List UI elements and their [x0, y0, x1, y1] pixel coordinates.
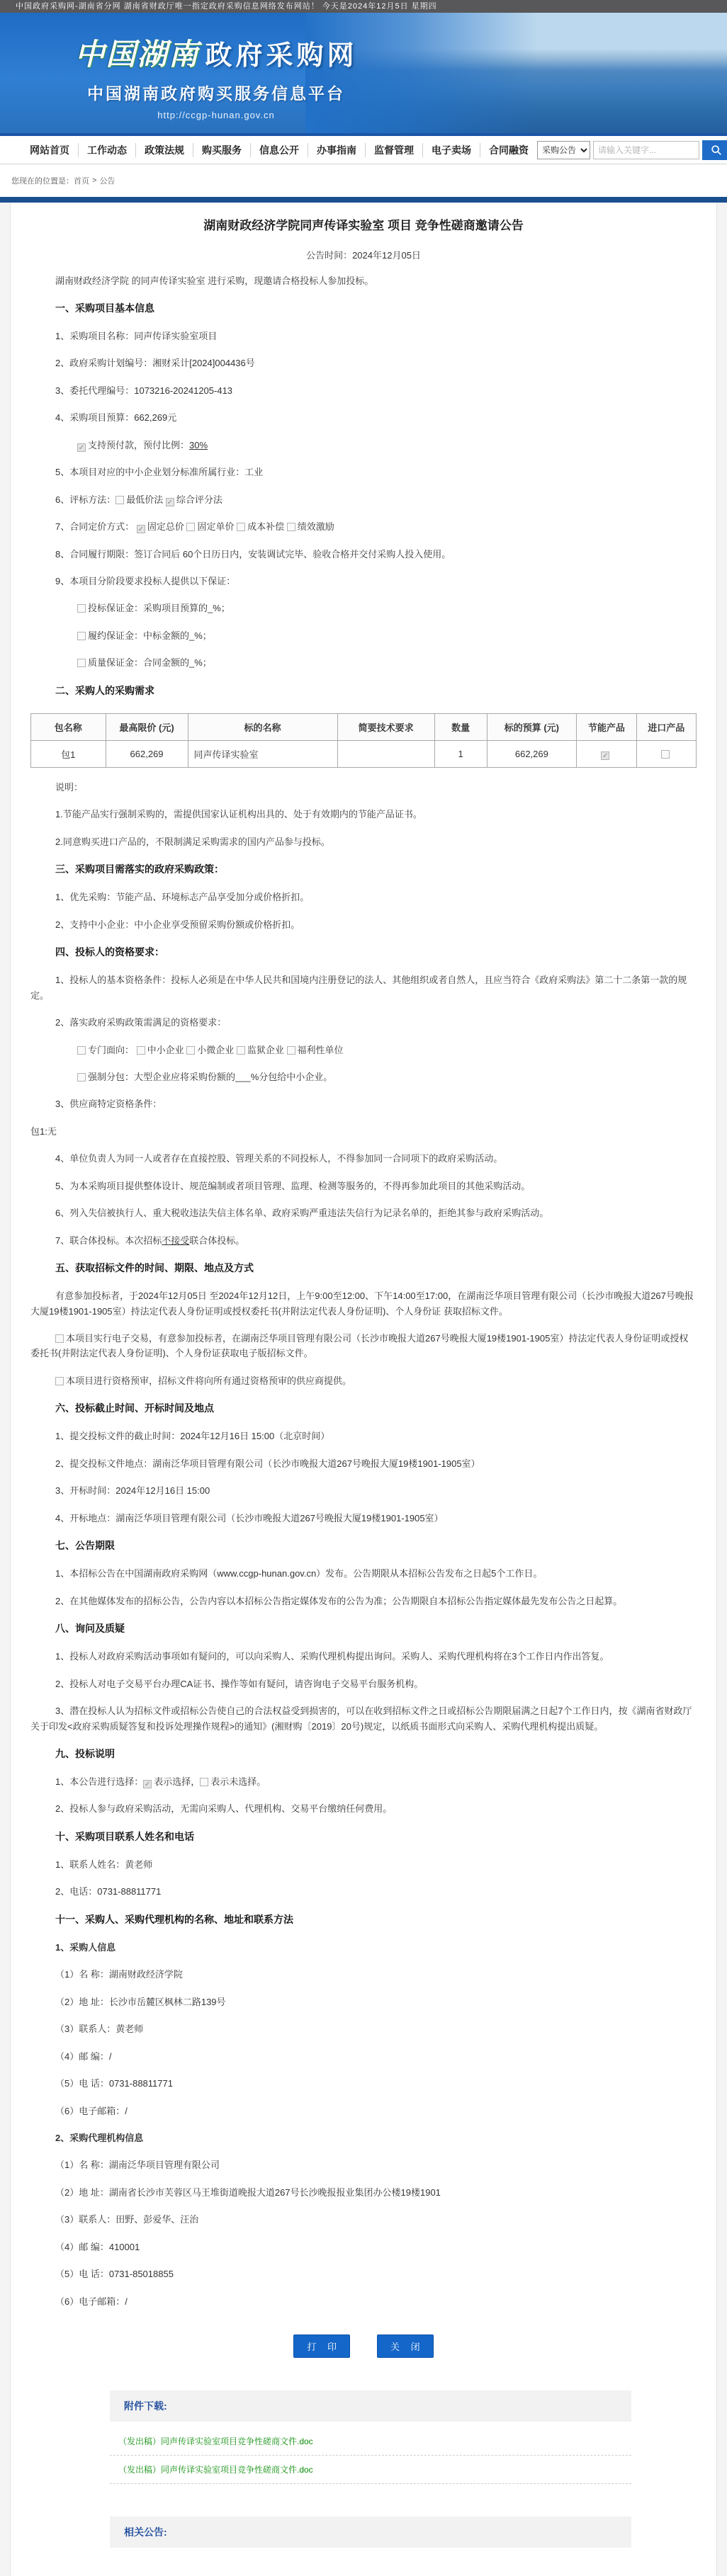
doc-line: 3、潜在投标人认为招标文件或招标公告使自己的合法权益受到损害的，可以在收到招标文…	[30, 1703, 697, 1734]
text-segment: 本项目实行电子交易，有意参加投标者，在湖南泛华项目管理有限公司（长沙市晚报大道2…	[30, 1333, 688, 1358]
text-segment: 一、采购项目基本信息	[55, 302, 154, 314]
breadcrumb-separator: >	[92, 176, 96, 185]
doc-line: 1、采购项目名称：同声传译实验室项目	[30, 329, 697, 344]
text-segment: 履约保证金：中标金额的_%；	[88, 630, 212, 641]
doc-line: 4、采购项目预算：662,269元	[30, 410, 697, 425]
doc-line: （5）电 话：0731-85018855	[30, 2266, 697, 2281]
text-segment: 7、联合体投标。本次招标	[55, 1235, 162, 1246]
doc-line: 9、本项目分阶段要求投标人提供以下保证：	[30, 574, 697, 589]
banner-url: http://ccgp-hunan.gov.cn	[67, 110, 365, 120]
search-category-select[interactable]: 采购公告	[537, 141, 590, 159]
doc-line: 7、联合体投标。本次招标不接受联合体投标。	[30, 1233, 697, 1248]
text-segment: 1、联系人姓名：黄老师	[55, 1859, 152, 1870]
procurement-table: 包名称最高限价 (元)标的名称简要技术要求数量标的预算 (元)节能产品进口产品 …	[30, 713, 697, 768]
doc-line: 2、投标人参与政府采购活动，无需向采购人、代理机构、交易平台缴纳任何费用。	[30, 1801, 697, 1816]
table-cell: 662,269	[106, 740, 188, 767]
checkbox-unchecked-icon	[55, 1334, 64, 1343]
table-cell	[337, 740, 434, 767]
checkbox-unchecked-icon	[77, 604, 86, 613]
content-panel: 湖南财政经济学院同声传译实验室 项目 竞争性磋商邀请公告 公告时间：2024年1…	[10, 203, 717, 2576]
table-cell: 662,269	[487, 740, 577, 767]
text-segment: 9、本项目分阶段要求投标人提供以下保证：	[55, 576, 235, 586]
nav-menu: 网站首页工作动态政策法规购买服务信息公开办事指南监督管理电子卖场合同融资	[21, 143, 537, 157]
text-segment: 4、单位负责人为同一人或者存在直接控股、管理关系的不同投标人，不得参加同一合同项…	[55, 1153, 502, 1164]
section-heading: 四、投标人的资格要求：	[30, 944, 697, 960]
doc-line: （3）联系人：田野、彭爱华、汪治	[30, 2212, 697, 2227]
checkbox-unchecked-icon	[55, 1377, 64, 1385]
doc-line: 1.节能产品实行强制采购的，需提供国家认证机构出具的、处于有效期内的节能产品证书…	[30, 807, 697, 822]
text-segment: 监狱企业	[247, 1045, 287, 1055]
checkbox-unchecked-icon	[77, 1073, 86, 1082]
section-heading: 二、采购人的采购需求	[30, 683, 697, 699]
attachments-section: 附件下载: （发出稿）同声传译实验室项目竞争性磋商文件.doc（发出稿）同声传译…	[110, 2390, 631, 2484]
doc-line: 7、合同定价方式： ✓固定总价 固定单价 成本补偿 绩效激励	[30, 519, 697, 534]
checkbox-unchecked-icon	[115, 496, 124, 504]
text-segment: 1、优先采购：节能产品、环境标志产品享受加分或价格折扣。	[55, 892, 309, 902]
text-segment: 1、投标人对政府采购活动事项如有疑问的，可以向采购人、采购代理机构提出询问。采购…	[55, 1651, 609, 1662]
attachment-row: （发出稿）同声传译实验室项目竞争性磋商文件.doc	[110, 2456, 631, 2484]
text-segment: 固定总价	[147, 521, 187, 532]
table-header: 包名称	[31, 713, 106, 740]
text-segment: 联合体投标。	[189, 1235, 244, 1246]
text-segment: 质量保证金：合同金额的_%；	[88, 657, 212, 668]
checkbox-unchecked-icon	[77, 1046, 86, 1055]
breadcrumb-current: 公告	[99, 175, 115, 186]
text-segment: 2、政府采购计划编号：湘财采计[2024]004436号	[55, 358, 255, 368]
doc-line: 2、在其他媒体发布的招标公告，公告内容以本招标公告指定媒体发布的公告为准；公告期…	[30, 1594, 697, 1608]
text-segment: 1、提交投标文件的截止时间：2024年12月16日 15:00（北京时间）	[55, 1431, 329, 1441]
doc-line: 1、投标人的基本资格条件：投标人必须是在中华人民共和国境内注册登记的法人、其他组…	[30, 972, 697, 1003]
search-area: 采购公告	[537, 140, 727, 160]
text-segment: 福利性单位	[298, 1045, 344, 1055]
text-segment: 六、投标截止时间、开标时间及地点	[55, 1402, 214, 1414]
doc-line: （6）电子邮箱：/	[30, 2294, 697, 2309]
doc-line: 2.同意购买进口产品的，不限制满足采购需求的国内产品参与投标。	[30, 834, 697, 849]
checkbox-unchecked-icon	[237, 523, 245, 531]
doc-line: 2、电话：0731-88811771	[30, 1884, 697, 1899]
section-heading: 一、采购项目基本信息	[30, 300, 697, 317]
text-segment: 2、落实政府采购政策需满足的资格要求：	[55, 1017, 226, 1028]
attachment-link[interactable]: （发出稿）同声传译实验室项目竞争性磋商文件.doc	[118, 2435, 313, 2447]
nav-item-网站首页[interactable]: 网站首页	[21, 143, 78, 157]
checkbox-unchecked-icon	[661, 750, 670, 759]
text-segment: 30%	[189, 440, 208, 450]
table-header: 标的预算 (元)	[487, 713, 577, 740]
doc-line: 1、本公告进行选择：✓表示选择，表示未选择。	[30, 1774, 697, 1789]
table-header: 简要技术要求	[337, 713, 434, 740]
doc-line: 1、提交投标文件的截止时间：2024年12月16日 15:00（北京时间）	[30, 1429, 697, 1443]
text-segment: 成本补偿	[247, 521, 287, 532]
publish-time: 公告时间：2024年12月05日	[30, 248, 697, 261]
section-heading: 三、采购项目需落实的政府采购政策：	[30, 861, 697, 878]
checkbox-checked-icon: ✓	[601, 751, 609, 760]
text-segment: 专门面向：	[88, 1045, 137, 1055]
breadcrumb-prefix: 您现在的位置是：	[11, 175, 74, 186]
breadcrumb: 您现在的位置是： 首页 > 公告	[0, 164, 727, 197]
checkbox-checked-icon: ✓	[166, 498, 174, 506]
logo-title: 政府采购网	[205, 41, 358, 71]
site-banner: 中国湖南政府采购网 中国湖南政府购买服务信息平台 http://ccgp-hun…	[0, 13, 727, 136]
table-header: 标的名称	[188, 713, 337, 740]
divider-bar	[0, 197, 727, 203]
doc-line: （1）名 称：湖南财政经济学院	[30, 1967, 697, 1982]
topbar-text: 中国政府采购网-湖南省分网 湖南省财政厅唯一指定政府采购信息网络发布网站！ 今天…	[16, 2, 437, 11]
related-title: 相关公告:	[124, 2525, 167, 2539]
nav-item-政策法规[interactable]: 政策法规	[135, 143, 193, 157]
doc-line: 2、提交投标文件地点：湖南泛华项目管理有限公司（长沙市晚报大道267号晚报大厦1…	[30, 1456, 697, 1471]
table-header: 节能产品	[577, 713, 636, 740]
section-heading: 九、投标说明	[30, 1746, 697, 1762]
text-segment: 五、获取招标文件的时间、期限、地点及方式	[55, 1262, 254, 1273]
section-heading: 十一、采购人、采购代理机构的名称、地址和联系方法	[30, 1912, 697, 1928]
text-segment: （1）名 称：湖南泛华项目管理有限公司	[55, 2160, 220, 2170]
text-segment: 2、支持中小企业：中小企业享受预留采购份额或价格折扣。	[55, 919, 300, 930]
text-segment: 四、投标人的资格要求：	[55, 946, 164, 958]
site-logo: 中国湖南政府采购网	[67, 31, 365, 74]
checkbox-checked-icon: ✓	[77, 443, 86, 452]
text-segment: 十、采购项目联系人姓名和电话	[55, 1831, 194, 1842]
text-segment: 不接受	[162, 1235, 189, 1246]
imported-product-cell	[636, 740, 696, 767]
attachments-header: 附件下载:	[110, 2390, 631, 2422]
text-segment: 1、本招标公告在中国湖南政府采购网（www.ccgp-hunan.gov.cn）…	[55, 1568, 542, 1579]
doc-line: 1、采购人信息	[30, 1940, 697, 1955]
attachments-list: （发出稿）同声传译实验室项目竞争性磋商文件.doc（发出稿）同声传译实验室项目竞…	[110, 2427, 631, 2484]
text-segment: （5）电 话：0731-85018855	[55, 2269, 174, 2279]
text-segment: 九、投标说明	[55, 1748, 115, 1759]
search-icon	[710, 144, 723, 157]
doc-line: 2、支持中小企业：中小企业享受预留采购份额或价格折扣。	[30, 917, 697, 932]
text-segment: 8、合同履行期限：签订合同后 60个日历日内，安装调试完毕、验收合格并交付采购人…	[55, 549, 451, 560]
doc-line: 专门面向： 中小企业 小微企业 监狱企业 福利性单位	[30, 1043, 697, 1057]
text-segment: （6）电子邮箱：/	[55, 2106, 128, 2116]
doc-line: 履约保证金：中标金额的_%；	[30, 628, 697, 643]
doc-line: 本项目进行资格预审，招标文件将向所有通过资格预审的供应商提供。	[30, 1373, 697, 1388]
checkbox-unchecked-icon	[77, 659, 86, 667]
table-cell: 同声传译实验室	[188, 740, 337, 767]
nav-item-办事指南[interactable]: 办事指南	[308, 143, 365, 157]
text-segment: 小微企业	[197, 1045, 237, 1055]
text-segment: 最低价法	[126, 494, 166, 505]
section-heading: 八、询问及质疑	[30, 1621, 697, 1637]
checkbox-unchecked-icon	[287, 1046, 295, 1055]
text-segment: （4）邮 编：/	[55, 2051, 111, 2062]
text-segment: （3）联系人：田野、彭爱华、汪治	[55, 2214, 198, 2225]
doc-line: （6）电子邮箱：/	[30, 2104, 697, 2118]
table-cell: 1	[434, 740, 487, 767]
doc-body-part1: 一、采购项目基本信息1、采购项目名称：同声传译实验室项目2、政府采购计划编号：湘…	[30, 300, 697, 699]
text-segment: 七、公告期限	[55, 1540, 115, 1551]
text-segment: 7、合同定价方式：	[55, 521, 137, 532]
table-header: 数量	[434, 713, 487, 740]
attachments-title: 附件下载:	[124, 2399, 167, 2413]
page-title: 湖南财政经济学院同声传译实验室 项目 竞争性磋商邀请公告	[30, 217, 697, 235]
text-segment: 2、提交投标文件地点：湖南泛华项目管理有限公司（长沙市晚报大道267号晚报大厦1…	[55, 1458, 480, 1469]
doc-line: 3、开标时间：2024年12月16日 15:00	[30, 1483, 697, 1498]
doc-body-part2: 说明：1.节能产品实行强制采购的，需提供国家认证机构出具的、处于有效期内的节能产…	[30, 780, 697, 2309]
text-segment: 5、本项目对应的中小企业划分标准所属行业：工业	[55, 467, 263, 477]
text-segment: 1.节能产品实行强制采购的，需提供国家认证机构出具的、处于有效期内的节能产品证书…	[55, 809, 422, 819]
text-segment: 6、评标方法：	[55, 494, 115, 505]
announcement-document: 湖南财政经济学院同声传译实验室 项目 竞争性磋商邀请公告 公告时间：2024年1…	[11, 217, 716, 2309]
text-segment: 3、委托代理编号：1073216-20241205-413	[55, 385, 232, 396]
text-segment: 本项目进行资格预审，招标文件将向所有通过资格预审的供应商提供。	[66, 1375, 351, 1386]
doc-line: 6、评标方法：最低价法 ✓综合评分法	[30, 492, 697, 507]
print-button[interactable]: 打 印	[293, 2334, 350, 2358]
doc-line: （3）联系人：黄老师	[30, 2021, 697, 2036]
section-heading: 五、获取招标文件的时间、期限、地点及方式	[30, 1260, 697, 1276]
text-segment: 说明：	[55, 782, 83, 793]
doc-line: 质量保证金：合同金额的_%；	[30, 655, 697, 670]
table-header: 进口产品	[636, 713, 696, 740]
doc-line: 1、本招标公告在中国湖南政府采购网（www.ccgp-hunan.gov.cn）…	[30, 1566, 697, 1581]
energy-saving-cell: ✓	[577, 740, 636, 767]
doc-line: 8、合同履行期限：签订合同后 60个日历日内，安装调试完毕、验收合格并交付采购人…	[30, 547, 697, 562]
text-segment: 3、供应商特定资格条件：	[55, 1099, 162, 1109]
nav-item-信息公开[interactable]: 信息公开	[250, 143, 308, 157]
logo-calligraphy: 中国湖南	[74, 38, 199, 71]
doc-line: 6、列入失信被执行人、重大税收违法失信主体名单、政府采购严重违法失信行为记录名单…	[30, 1205, 697, 1220]
text-segment: 固定单价	[197, 521, 237, 532]
text-segment: 4、开标地点：湖南泛华项目管理有限公司（长沙市晚报大道267号晚报大厦19楼19…	[55, 1513, 444, 1524]
checkbox-checked-icon: ✓	[137, 525, 145, 533]
text-segment: 2、投标人对电子交易平台办理CA证书、操作等如有疑问，请咨询电子交易平台服务机构…	[55, 1679, 423, 1689]
text-segment: 绩效激励	[298, 521, 334, 532]
text-segment: 3、潜在投标人认为招标文件或招标公告使自己的合法权益受到损害的，可以在收到招标文…	[30, 1706, 692, 1731]
text-segment: 2.同意购买进口产品的，不限制满足采购需求的国内产品参与投标。	[55, 836, 330, 847]
text-segment: （2）地 址：长沙市岳麓区枫林二路139号	[55, 1997, 226, 2007]
text-segment: 表示选择，	[154, 1776, 200, 1787]
section-heading: 六、投标截止时间、开标时间及地点	[30, 1400, 697, 1417]
banner-cityscape-image	[305, 13, 727, 133]
text-segment: 6、列入失信被执行人、重大税收违法失信主体名单、政府采购严重违法失信行为记录名单…	[55, 1208, 548, 1218]
text-segment: （6）电子邮箱：/	[55, 2296, 128, 2307]
text-segment: 2、电话：0731-88811771	[55, 1886, 161, 1897]
text-segment: 3、开标时间：2024年12月16日 15:00	[55, 1485, 210, 1496]
text-segment: 包1:无	[30, 1126, 57, 1137]
checkbox-checked-icon: ✓	[143, 1780, 152, 1788]
text-segment: 1、采购人信息	[55, 1942, 115, 1953]
checkbox-unchecked-icon	[77, 632, 86, 640]
nav-item-工作动态[interactable]: 工作动态	[78, 143, 135, 157]
text-segment: （3）联系人：黄老师	[55, 2024, 143, 2034]
doc-line: 3、供应商特定资格条件：	[30, 1096, 697, 1111]
checkbox-unchecked-icon	[186, 1046, 195, 1055]
text-segment: 2、投标人参与政府采购活动，无需向采购人、代理机构、交易平台缴纳任何费用。	[55, 1803, 392, 1814]
topbar: 中国政府采购网-湖南省分网 湖南省财政厅唯一指定政府采购信息网络发布网站！ 今天…	[0, 0, 727, 13]
doc-line: （2）地 址：湖南省长沙市芙蓉区马王堆街道晚报大道267号长沙晚报报业集团办公楼…	[30, 2185, 697, 2200]
doc-line: 有意参加投标者，于2024年12月05日 至2024年12月12日，上午9:00…	[30, 1288, 697, 1319]
close-button[interactable]: 关 闭	[377, 2334, 434, 2358]
text-segment: 十一、采购人、采购代理机构的名称、地址和联系方法	[55, 1914, 293, 1925]
attachment-link[interactable]: （发出稿）同声传译实验室项目竞争性磋商文件.doc	[118, 2463, 313, 2475]
doc-line: 5、为本采购项目提供整体设计、规范编制或者项目管理、监理、检测等服务的，不得再参…	[30, 1179, 697, 1193]
text-segment: 支持预付款，预付比例：	[88, 440, 189, 450]
doc-line: 2、采购代理机构信息	[30, 2130, 697, 2145]
doc-line: ✓支持预付款，预付比例：30%	[30, 438, 697, 453]
nav-item-合同融资[interactable]: 合同融资	[480, 143, 537, 157]
main-nav: 网站首页工作动态政策法规购买服务信息公开办事指南监督管理电子卖场合同融资 采购公…	[0, 136, 727, 164]
section-heading: 十、采购项目联系人姓名和电话	[30, 1829, 697, 1845]
section-heading: 七、公告期限	[30, 1538, 697, 1554]
text-segment: （5）电 话：0731-88811771	[55, 2078, 173, 2089]
doc-line: （4）邮 编：/	[30, 2049, 697, 2064]
banner-subtitle: 中国湖南政府购买服务信息平台	[67, 81, 365, 104]
doc-line: 1、投标人对政府采购活动事项如有疑问的，可以向采购人、采购代理机构提出询问。采购…	[30, 1649, 697, 1664]
doc-line: 1、优先采购：节能产品、环境标志产品享受加分或价格折扣。	[30, 890, 697, 904]
attachment-row: （发出稿）同声传译实验室项目竞争性磋商文件.doc	[110, 2427, 631, 2456]
doc-line: 强制分包：大型企业应将采购份额的___%分包给中小企业。	[30, 1069, 697, 1084]
doc-line: 4、单位负责人为同一人或者存在直接控股、管理关系的不同投标人，不得参加同一合同项…	[30, 1151, 697, 1166]
doc-line: 4、开标地点：湖南泛华项目管理有限公司（长沙市晚报大道267号晚报大厦19楼19…	[30, 1511, 697, 1526]
checkbox-unchecked-icon	[287, 523, 295, 531]
text-segment: 三、采购项目需落实的政府采购政策：	[55, 863, 224, 875]
doc-line: （2）地 址：长沙市岳麓区枫林二路139号	[30, 1995, 697, 2009]
doc-line: （1）名 称：湖南泛华项目管理有限公司	[30, 2157, 697, 2172]
text-segment: 中小企业	[147, 1045, 187, 1055]
text-segment: 强制分包：大型企业应将采购份额的___%分包给中小企业。	[88, 1072, 332, 1082]
text-segment: 5、为本采购项目提供整体设计、规范编制或者项目管理、监理、检测等服务的，不得再参…	[55, 1181, 530, 1191]
table-header: 最高限价 (元)	[106, 713, 188, 740]
checkbox-unchecked-icon	[186, 523, 195, 531]
text-segment: 1、投标人的基本资格条件：投标人必须是在中华人民共和国境内注册登记的法人、其他组…	[30, 975, 687, 1000]
text-segment: 二、采购人的采购需求	[55, 685, 154, 696]
nav-item-电子卖场[interactable]: 电子卖场	[422, 143, 480, 157]
doc-line: 包1:无	[30, 1124, 697, 1139]
text-segment: 有意参加投标者，于2024年12月05日 至2024年12月12日，上午9:00…	[30, 1290, 694, 1316]
checkbox-unchecked-icon	[200, 1778, 208, 1786]
doc-line: （5）电 话：0731-88811771	[30, 2076, 697, 2091]
related-section: 相关公告:	[110, 2517, 631, 2548]
checkbox-unchecked-icon	[137, 1046, 145, 1055]
doc-line: 2、落实政府采购政策需满足的资格要求：	[30, 1015, 697, 1030]
doc-line: （4）邮 编：410001	[30, 2240, 697, 2254]
doc-line: 5、本项目对应的中小企业划分标准所属行业：工业	[30, 465, 697, 480]
nav-item-购买服务[interactable]: 购买服务	[193, 143, 250, 157]
doc-line: 2、投标人对电子交易平台办理CA证书、操作等如有疑问，请咨询电子交易平台服务机构…	[30, 1676, 697, 1691]
text-segment: （1）名 称：湖南财政经济学院	[55, 1969, 183, 1980]
doc-line: 说明：	[30, 780, 697, 795]
text-segment: 综合评分法	[176, 494, 222, 505]
nav-item-监督管理[interactable]: 监督管理	[365, 143, 422, 157]
action-buttons: 打 印 关 闭	[11, 2334, 716, 2358]
text-segment: 投标保证金：采购项目预算的_%；	[88, 603, 230, 613]
checkbox-unchecked-icon	[237, 1046, 245, 1055]
table-cell: 包1	[31, 740, 106, 767]
related-header: 相关公告:	[110, 2517, 631, 2548]
text-segment: 2、采购代理机构信息	[55, 2133, 143, 2143]
text-segment: 4、采购项目预算：662,269元	[55, 412, 176, 423]
breadcrumb-home-link[interactable]: 首页	[74, 175, 89, 186]
table-row: 包1662,269同声传译实验室1662,269✓	[31, 740, 697, 767]
intro-paragraph: 湖南财政经济学院 的同声传译实验室 进行采购，现邀请合格投标人参加投标。	[30, 273, 697, 288]
search-button[interactable]	[702, 140, 727, 160]
text-segment: 表示未选择。	[210, 1776, 266, 1787]
search-input[interactable]	[593, 141, 699, 159]
doc-line: 投标保证金：采购项目预算的_%；	[30, 601, 697, 615]
text-segment: （4）邮 编：410001	[55, 2242, 140, 2252]
doc-line: 3、委托代理编号：1073216-20241205-413	[30, 383, 697, 398]
doc-line: 1、联系人姓名：黄老师	[30, 1857, 697, 1872]
text-segment: 1、采购项目名称：同声传译实验室项目	[55, 331, 217, 341]
text-segment: 八、询问及质疑	[55, 1623, 125, 1634]
text-segment: 2、在其他媒体发布的招标公告，公告内容以本招标公告指定媒体发布的公告为准；公告期…	[55, 1596, 622, 1606]
text-segment: （2）地 址：湖南省长沙市芙蓉区马王堆街道晚报大道267号长沙晚报报业集团办公楼…	[55, 2187, 441, 2198]
text-segment: 1、本公告进行选择：	[55, 1776, 143, 1787]
doc-line: 2、政府采购计划编号：湘财采计[2024]004436号	[30, 356, 697, 370]
doc-line: 本项目实行电子交易，有意参加投标者，在湖南泛华项目管理有限公司（长沙市晚报大道2…	[30, 1331, 697, 1361]
